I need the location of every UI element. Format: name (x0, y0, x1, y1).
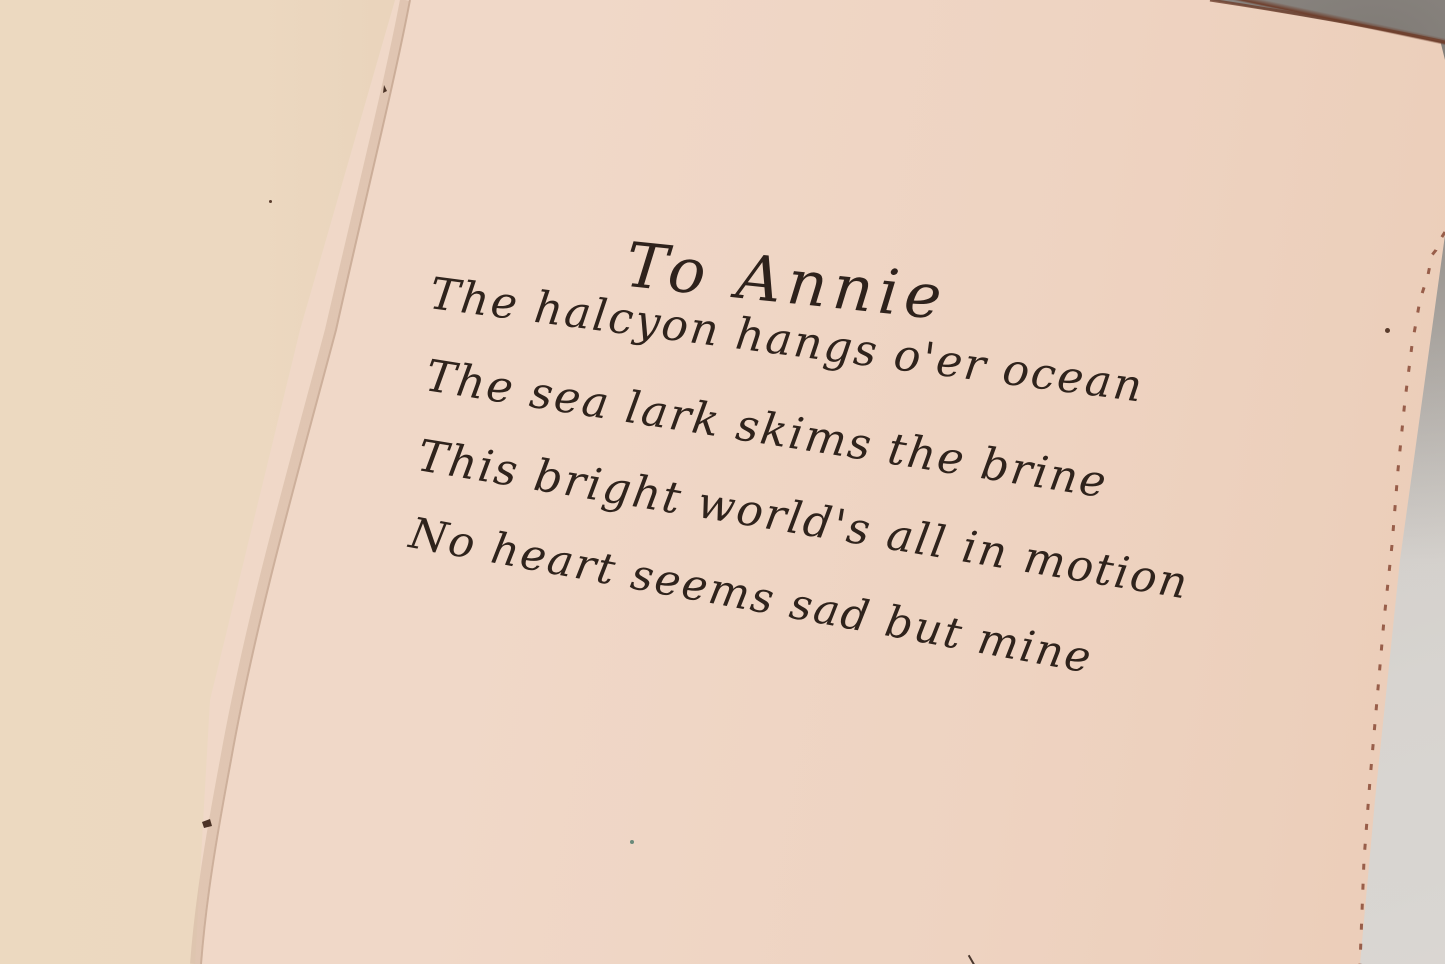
paper-speck (269, 200, 272, 203)
paper-speck (630, 840, 634, 844)
paper-speck (1385, 328, 1390, 333)
book-photo: To Annie The halcyon hangs o'er ocean Th… (0, 0, 1445, 964)
